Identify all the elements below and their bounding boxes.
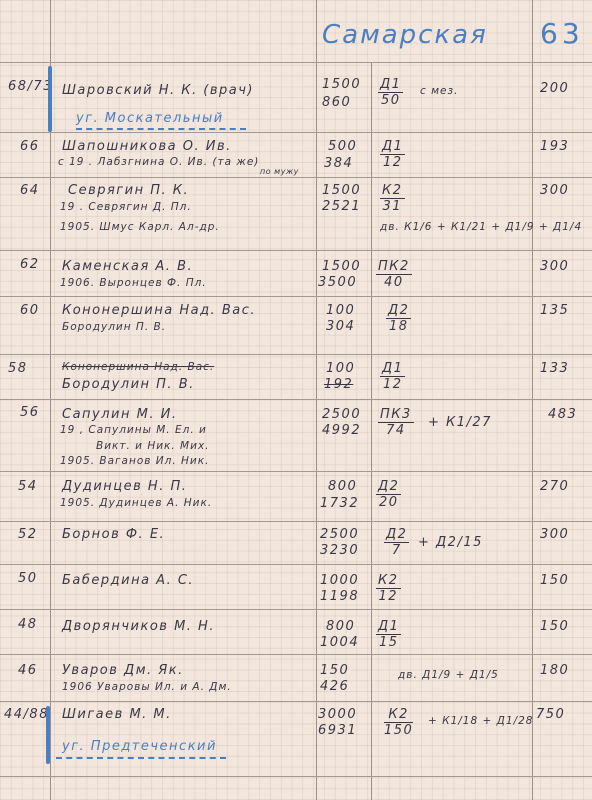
house-number: 58	[8, 362, 28, 375]
amount-1: 3000	[318, 708, 357, 721]
row-rule	[0, 521, 592, 522]
house-number: 56	[20, 406, 40, 419]
house-number: 66	[20, 140, 40, 153]
row-rule	[0, 250, 592, 251]
total: 300	[540, 528, 569, 541]
total: 180	[540, 664, 569, 677]
amount-2: 3230	[320, 544, 359, 557]
class-fraction: Д1 15	[376, 620, 401, 649]
row-rule	[0, 654, 592, 655]
row-rule	[0, 564, 592, 565]
owner-line: Бабердина А. С.	[62, 574, 194, 587]
column-rule-class	[371, 62, 372, 800]
amount-2: 426	[320, 680, 349, 693]
house-number: 52	[18, 528, 38, 541]
class-fraction: Д1 12	[380, 140, 405, 169]
class-fraction: К2 12	[376, 574, 401, 603]
total: 193	[540, 140, 569, 153]
amount-2: 4992	[322, 424, 361, 437]
row-rule	[0, 62, 592, 63]
amount-1: 1000	[320, 574, 359, 587]
column-rule-amounts	[316, 0, 317, 800]
owner-line: Шапошникова О. Ив.	[62, 140, 232, 153]
owner-line: 1906. Выронцев Ф. Пл.	[60, 278, 207, 289]
class-fraction: Д2 20	[376, 480, 401, 509]
class-fraction: ПК2 40	[376, 260, 412, 289]
class-fraction: Д2 18	[386, 304, 411, 333]
house-number: 44/88	[4, 708, 49, 721]
class-note: + Д2/15	[418, 536, 483, 549]
page-number: 63	[540, 20, 584, 48]
class-note: дв. Д1/9 + Д1/5	[398, 670, 499, 681]
total: 150	[540, 574, 569, 587]
owner-line: Сапулин М. И.	[62, 408, 177, 421]
amount-1: 2500	[320, 528, 359, 541]
class-note: + К1/27	[428, 416, 492, 429]
total: 300	[540, 260, 569, 273]
street-title: Самарская	[322, 22, 488, 48]
row-rule	[0, 354, 592, 355]
blue-underline	[56, 755, 226, 759]
owner-line: 1905. Ваганов Ил. Ник.	[60, 456, 209, 467]
amount-2: 6931	[318, 724, 357, 737]
house-number: 48	[18, 618, 38, 631]
owner-line: 1906 Уваровы Ил. и А. Дм.	[62, 682, 232, 693]
class-fraction: К2 150	[384, 708, 413, 737]
owner-line: 19 . Севрягин Д. Пл.	[60, 202, 192, 213]
owner-line: Борнов Ф. Е.	[62, 528, 165, 541]
total: 750	[536, 708, 565, 721]
amount-1: 800	[328, 480, 357, 493]
owner-line: с 19 . Лабзгнина О. Ив. (та же)	[58, 157, 259, 168]
class-fraction: К2 31	[380, 184, 405, 213]
owner-line: 1905. Шмус Карл. Ал-др.	[60, 222, 220, 233]
owner-line-struck: Кононершина Над. Вас.	[62, 362, 214, 373]
amount-1: 1500	[322, 78, 361, 91]
amount-1: 100	[326, 362, 355, 375]
row-rule	[0, 776, 592, 777]
house-number: 54	[18, 480, 38, 493]
amount-2: 1732	[320, 497, 359, 510]
total: 150	[540, 620, 569, 633]
class-note: + К1/18 + Д1/28	[428, 716, 533, 727]
corner-note: уг. Москательный	[76, 112, 224, 125]
row-rule	[0, 177, 592, 178]
owner-line: 1905. Дудинцев А. Ник.	[60, 498, 212, 509]
amount-1: 1500	[322, 184, 361, 197]
class-fraction: ПК3 74	[378, 408, 414, 437]
class-fraction: Д1 12	[380, 362, 405, 391]
owner-line: Уваров Дм. Як.	[62, 664, 184, 677]
house-number: 68/73	[8, 80, 53, 93]
blue-underline	[76, 126, 246, 130]
amount-1: 1500	[322, 260, 361, 273]
total: 300	[540, 184, 569, 197]
owner-line: Викт. и Ник. Мих.	[96, 441, 210, 452]
amount-2: 860	[322, 96, 351, 109]
amount-2: 1198	[320, 590, 359, 603]
amount-2: 192	[324, 378, 353, 391]
row-rule	[0, 132, 592, 133]
owner-line: Бородулин П. В.	[62, 378, 195, 391]
blue-margin-mark	[46, 706, 50, 764]
amount-1: 500	[328, 140, 357, 153]
owner-line: 19 , Сапулины М. Ел. и	[60, 425, 207, 436]
amount-2: 3500	[318, 276, 357, 289]
total: 270	[540, 480, 569, 493]
amount-2: 2521	[322, 200, 361, 213]
house-number: 46	[18, 664, 38, 677]
house-number: 64	[20, 184, 40, 197]
owner-line: Кононершина Над. Вас.	[62, 304, 256, 317]
house-number: 50	[18, 572, 38, 585]
total: 483	[548, 408, 577, 421]
total: 135	[540, 304, 569, 317]
row-rule	[0, 296, 592, 297]
owner-line: Дудинцев Н. П.	[62, 480, 187, 493]
row-rule	[0, 609, 592, 610]
class-note: дв. К1/6 + К1/21 + Д1/9 + Д1/4	[380, 222, 582, 233]
total: 133	[540, 362, 569, 375]
amount-1: 800	[326, 620, 355, 633]
amount-2: 304	[326, 320, 355, 333]
corner-note: уг. Предтеченский	[62, 740, 217, 753]
class-fraction: Д1 50	[378, 78, 403, 107]
owner-line: Севрягин П. К.	[68, 184, 189, 197]
owner-line: Каменская А. В.	[62, 260, 193, 273]
row-rule	[0, 701, 592, 702]
class-note: с мез.	[420, 86, 458, 97]
amount-2: 1004	[320, 636, 359, 649]
owner-line: Шигаев М. М.	[62, 708, 172, 721]
amount-1: 100	[326, 304, 355, 317]
amount-2: 384	[324, 157, 353, 170]
amount-1: 150	[320, 664, 349, 677]
amount-1: 2500	[322, 408, 361, 421]
house-number: 62	[20, 258, 40, 271]
owner-note: по мужу	[260, 168, 299, 176]
total: 200	[540, 82, 569, 95]
owner-line: Дворянчиков М. Н.	[62, 620, 215, 633]
column-rule-total	[532, 0, 533, 800]
owner-line: Бородулин П. В.	[62, 322, 166, 333]
row-rule	[0, 399, 592, 400]
house-number: 60	[20, 304, 40, 317]
blue-margin-mark	[48, 66, 52, 132]
owner-line: Шаровский Н. К. (врач)	[62, 84, 254, 97]
row-rule	[0, 471, 592, 472]
class-fraction: Д2 7	[384, 528, 409, 557]
